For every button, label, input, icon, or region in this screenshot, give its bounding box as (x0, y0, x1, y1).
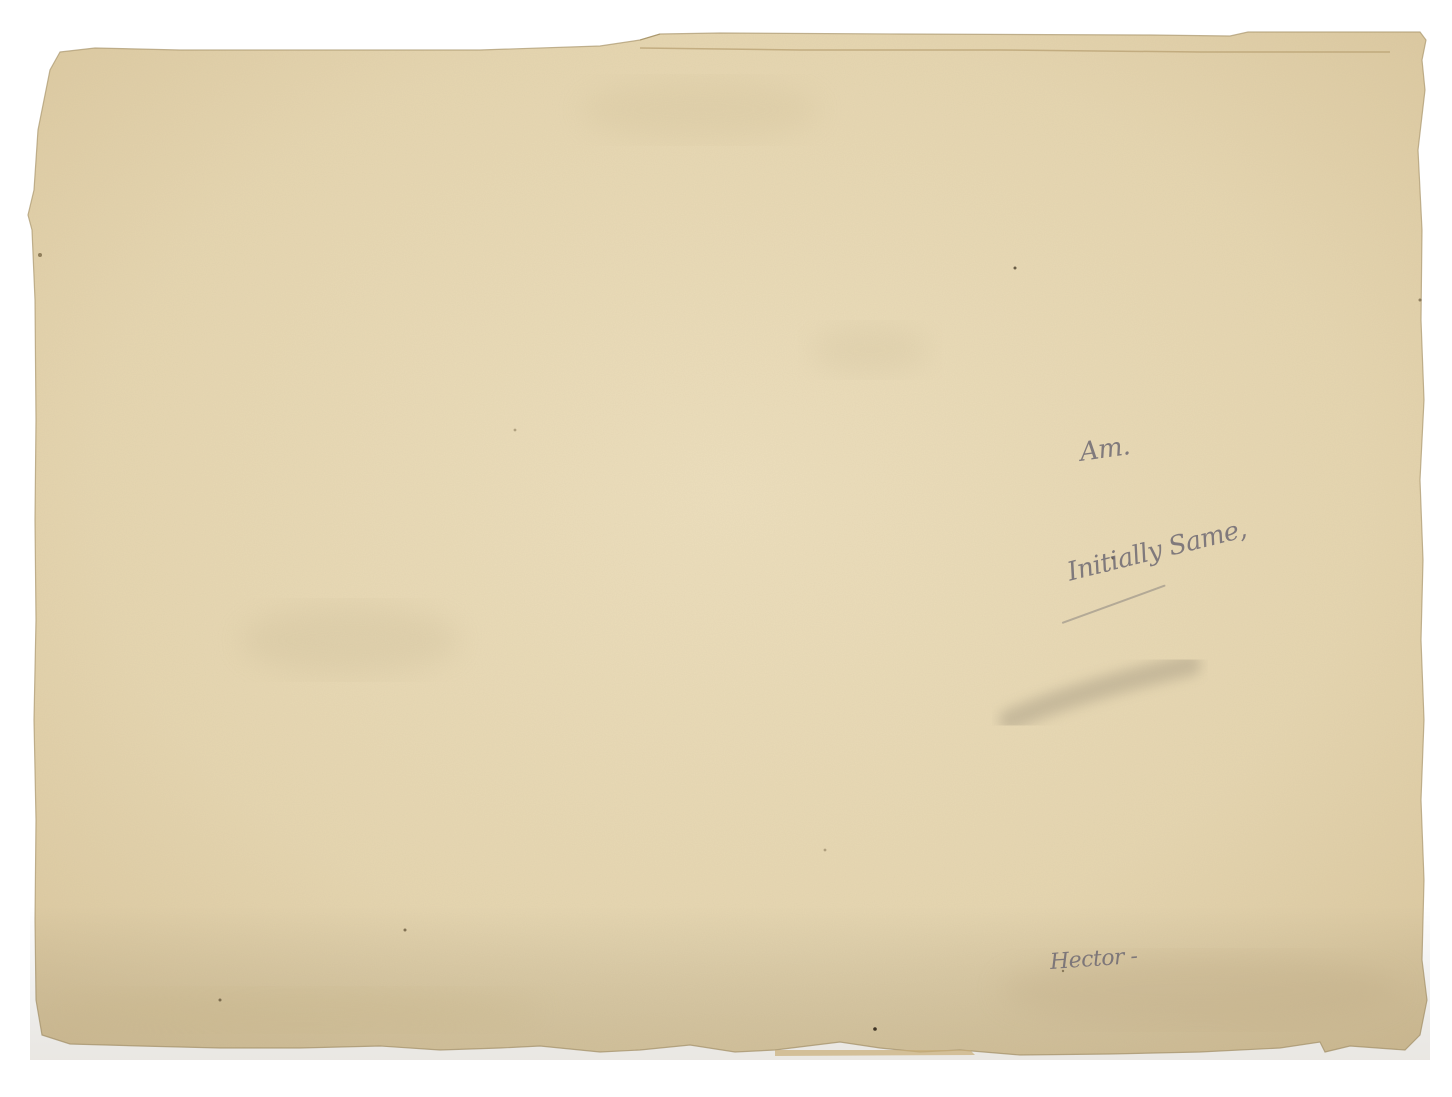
scanned-paper-sheet: Am. Initially Same, Hector - (0, 0, 1452, 1097)
paper-sheet-graphic (0, 0, 1452, 1097)
